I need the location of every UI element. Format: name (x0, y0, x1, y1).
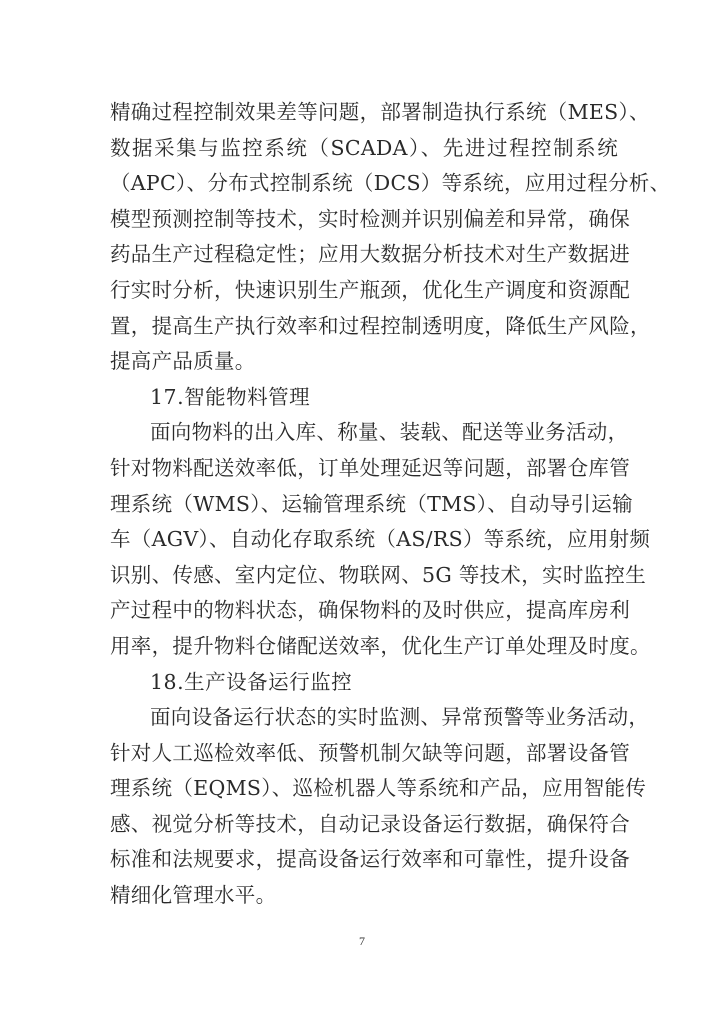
section-heading: 17.智能物料管理 (110, 380, 618, 416)
text-line: 精细化管理水平。 (110, 878, 618, 914)
text-line: 模型预测控制等技术，实时检测并识别偏差和异常，确保 (110, 202, 618, 238)
text-line: 药品生产过程稳定性；应用大数据分析技术对生产数据进 (110, 237, 618, 273)
text-line: 识别、传感、室内定位、物联网、5G 等技术，实时监控生 (110, 558, 618, 594)
text-line: 精确过程控制效果差等问题，部署制造执行系统（MES）、 (110, 95, 618, 131)
section-17: 17.智能物料管理 面向物料的出入库、称量、装载、配送等业务活动， 针对物料配送… (110, 380, 618, 665)
page-number: 7 (0, 934, 724, 949)
text-line: 用率，提升物料仓储配送效率，优化生产订单处理及时度。 (110, 629, 618, 665)
section-heading: 18.生产设备运行监控 (110, 665, 618, 701)
text-line: （APC）、分布式控制系统（DCS）等系统，应用过程分析、 (110, 166, 618, 202)
text-line: 产过程中的物料状态，确保物料的及时供应，提高库房利 (110, 593, 618, 629)
text-line: 标准和法规要求，提高设备运行效率和可靠性，提升设备 (110, 842, 618, 878)
text-line: 提高产品质量。 (110, 344, 618, 380)
text-line: 感、视觉分析等技术，自动记录设备运行数据，确保符合 (110, 807, 618, 843)
document-page: 精确过程控制效果差等问题，部署制造执行系统（MES）、 数据采集与监控系统（SC… (0, 0, 724, 1024)
text-line: 数据采集与监控系统（SCADA）、先进过程控制系统 (110, 131, 618, 167)
text-line: 针对物料配送效率低，订单处理延迟等问题，部署仓库管 (110, 451, 618, 487)
text-line: 面向物料的出入库、称量、装载、配送等业务活动， (110, 415, 618, 451)
paragraph-continued: 精确过程控制效果差等问题，部署制造执行系统（MES）、 数据采集与监控系统（SC… (110, 95, 618, 380)
section-18: 18.生产设备运行监控 面向设备运行状态的实时监测、异常预警等业务活动， 针对人… (110, 665, 618, 914)
text-line: 理系统（WMS）、运输管理系统（TMS）、自动导引运输 (110, 487, 618, 523)
text-line: 车（AGV）、自动化存取系统（AS/RS）等系统，应用射频 (110, 522, 618, 558)
text-line: 行实时分析，快速识别生产瓶颈，优化生产调度和资源配 (110, 273, 618, 309)
body-text: 精确过程控制效果差等问题，部署制造执行系统（MES）、 数据采集与监控系统（SC… (110, 95, 618, 914)
text-line: 面向设备运行状态的实时监测、异常预警等业务活动， (110, 700, 618, 736)
text-line: 理系统（EQMS）、巡检机器人等系统和产品，应用智能传 (110, 771, 618, 807)
text-line: 针对人工巡检效率低、预警机制欠缺等问题，部署设备管 (110, 736, 618, 772)
text-line: 置，提高生产执行效率和过程控制透明度，降低生产风险， (110, 309, 618, 345)
